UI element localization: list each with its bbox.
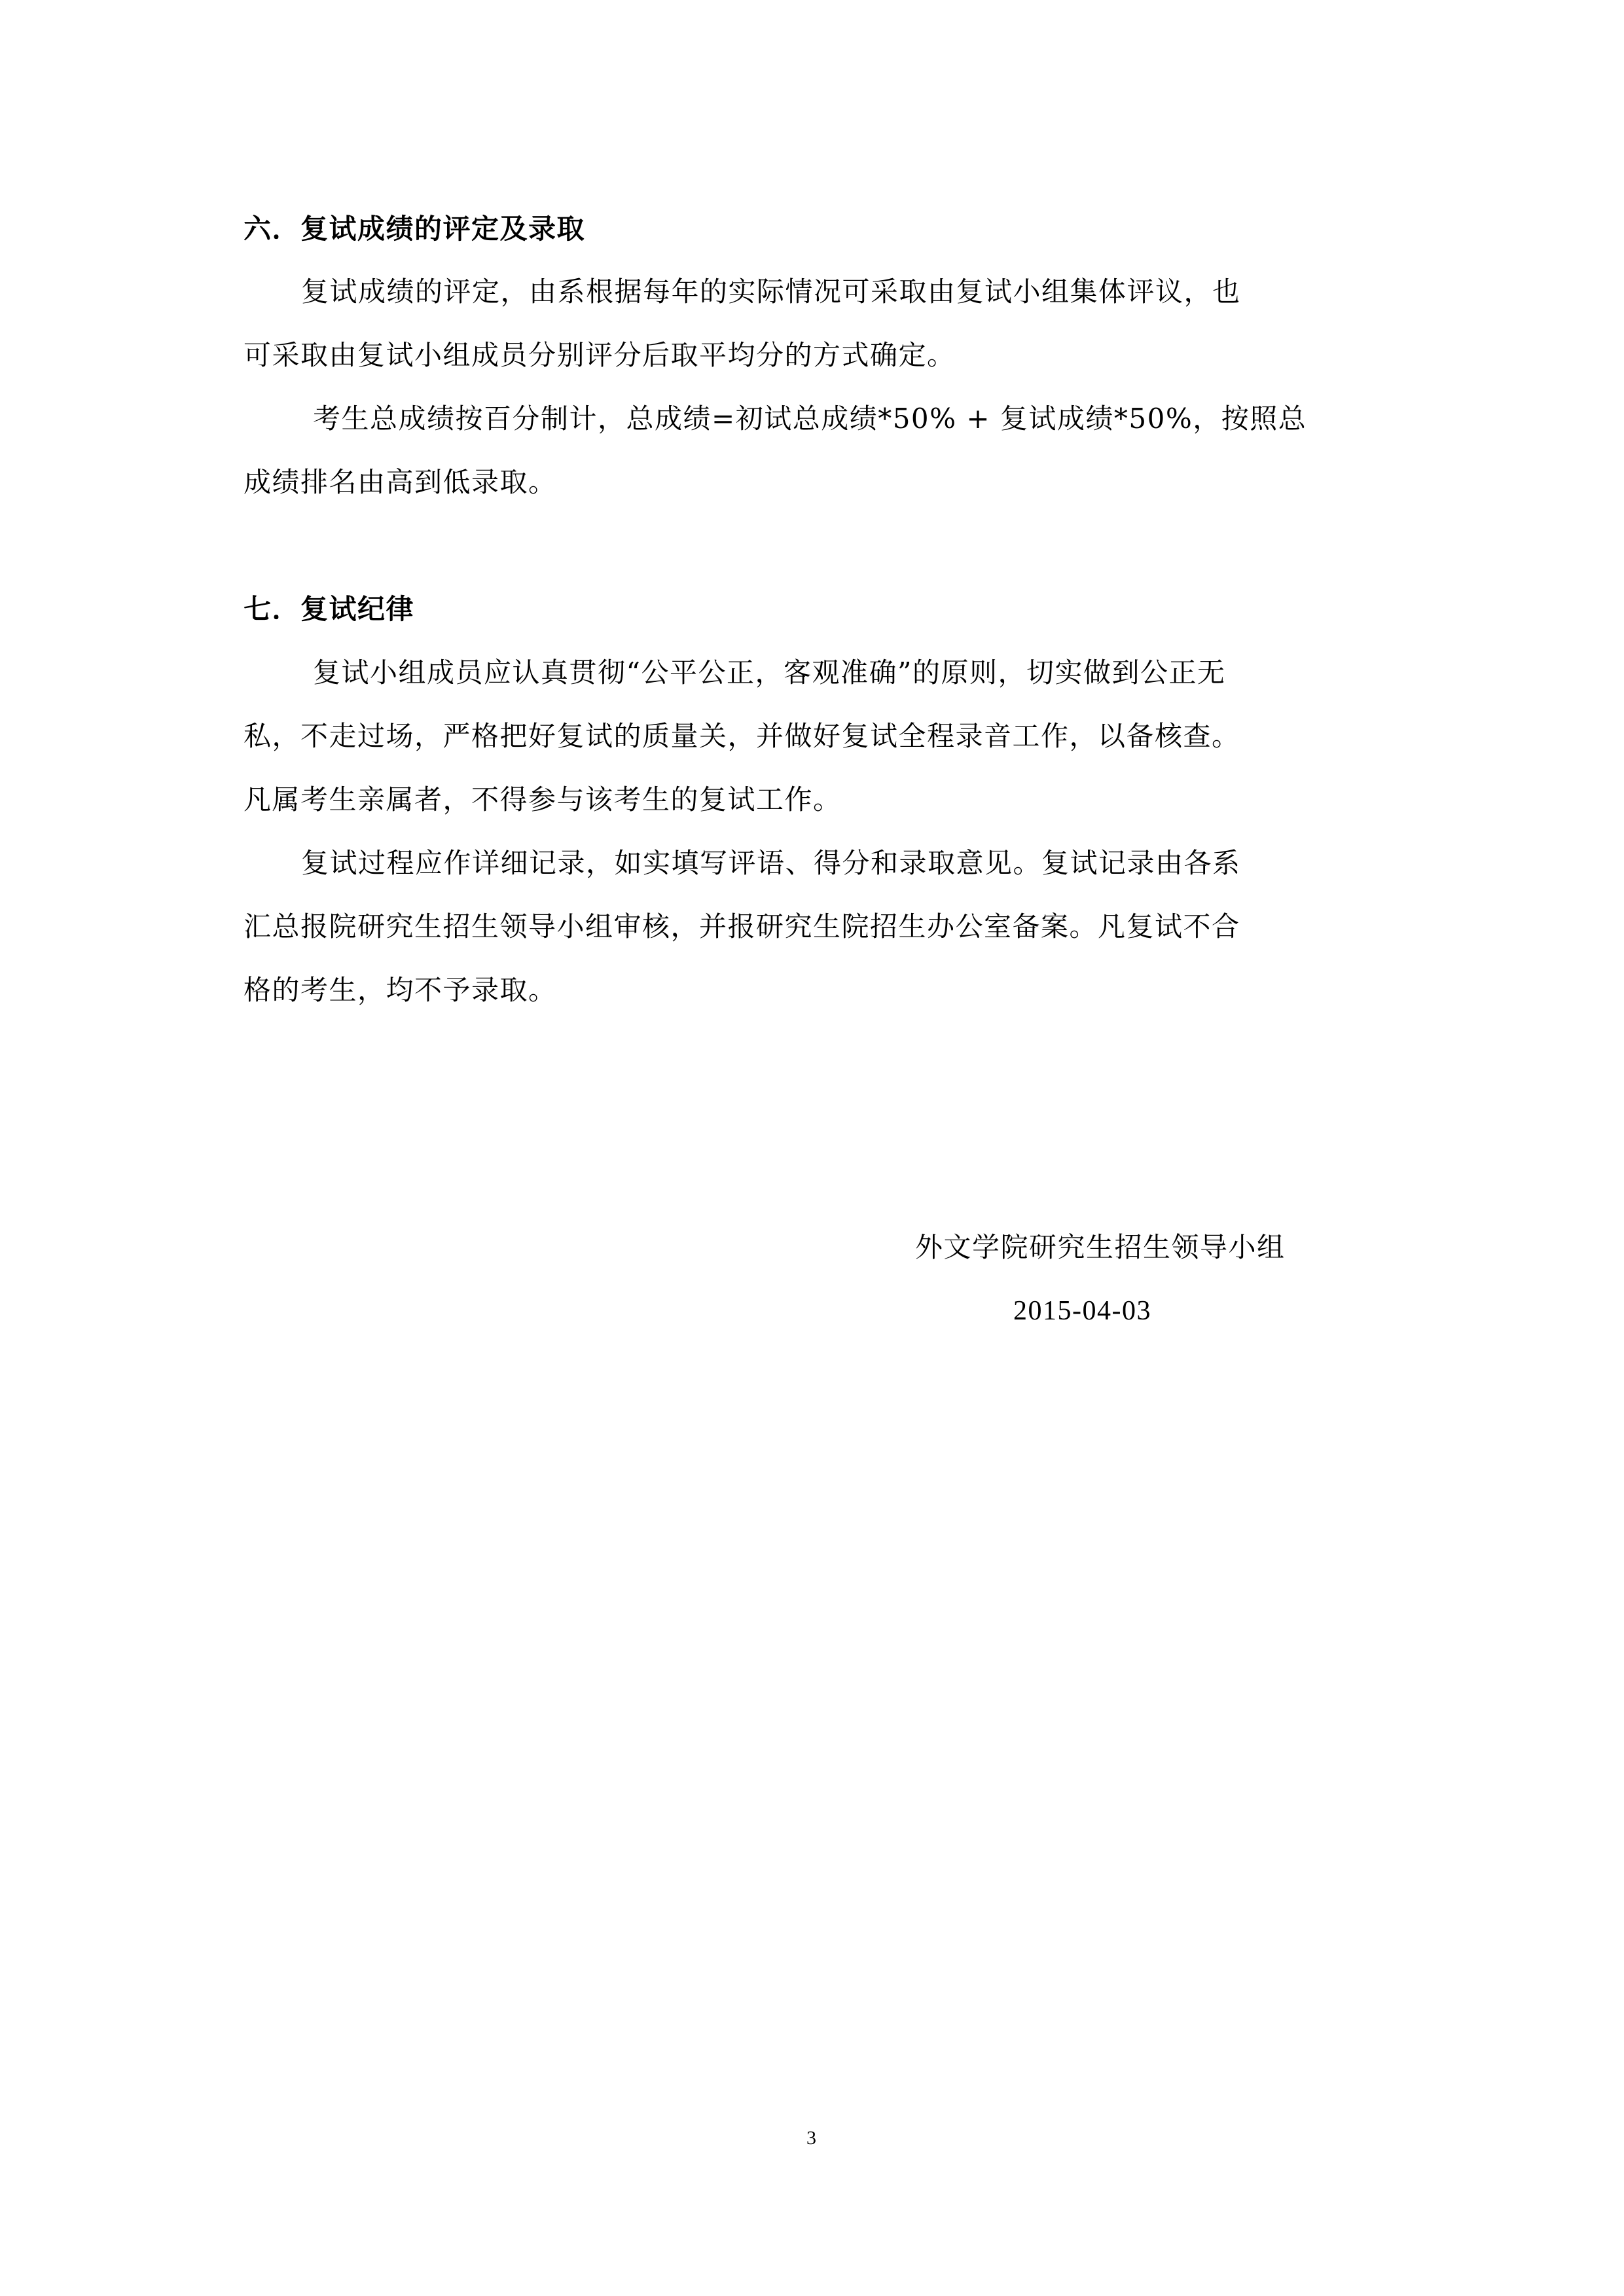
- paragraph-line: 复试成绩的评定，由系根据每年的实际情况可采取由复试小组集体评议，也: [301, 274, 1241, 310]
- signature-organization: 外文学院研究生招生领导小组: [915, 1229, 1286, 1266]
- paragraph-line: 汇总报院研究生招生领导小组审核，并报研究生院招生办公室备案。凡复试不合: [244, 908, 1240, 945]
- section-heading-7: 七．复试纪律: [244, 591, 414, 628]
- page-number: 3: [806, 2127, 816, 2149]
- paragraph-line: 复试过程应作详细记录，如实填写评语、得分和录取意见。复试记录由各系: [301, 845, 1241, 882]
- paragraph-line: 考生总成绩按百分制计，总成绩=初试总成绩*50% + 复试成绩*50%，按照总: [313, 401, 1307, 437]
- paragraph-line: 可采取由复试小组成员分别评分后取平均分的方式确定。: [244, 337, 956, 374]
- signature-date: 2015-04-03: [1013, 1293, 1151, 1329]
- paragraph-line: 凡属考生亲属者，不得参与该考生的复试工作。: [244, 781, 842, 818]
- paragraph-line: 成绩排名由高到低录取。: [244, 464, 557, 501]
- paragraph-line: 私，不走过场，严格把好复试的质量关，并做好复试全程录音工作，以备核查。: [244, 718, 1240, 755]
- section-heading-6: 六．复试成绩的评定及录取: [244, 211, 585, 247]
- paragraph-line: 格的考生，均不予录取。: [244, 972, 557, 1009]
- paragraph-line: 复试小组成员应认真贯彻“公平公正，客观准确”的原则，切实做到公正无: [313, 655, 1225, 691]
